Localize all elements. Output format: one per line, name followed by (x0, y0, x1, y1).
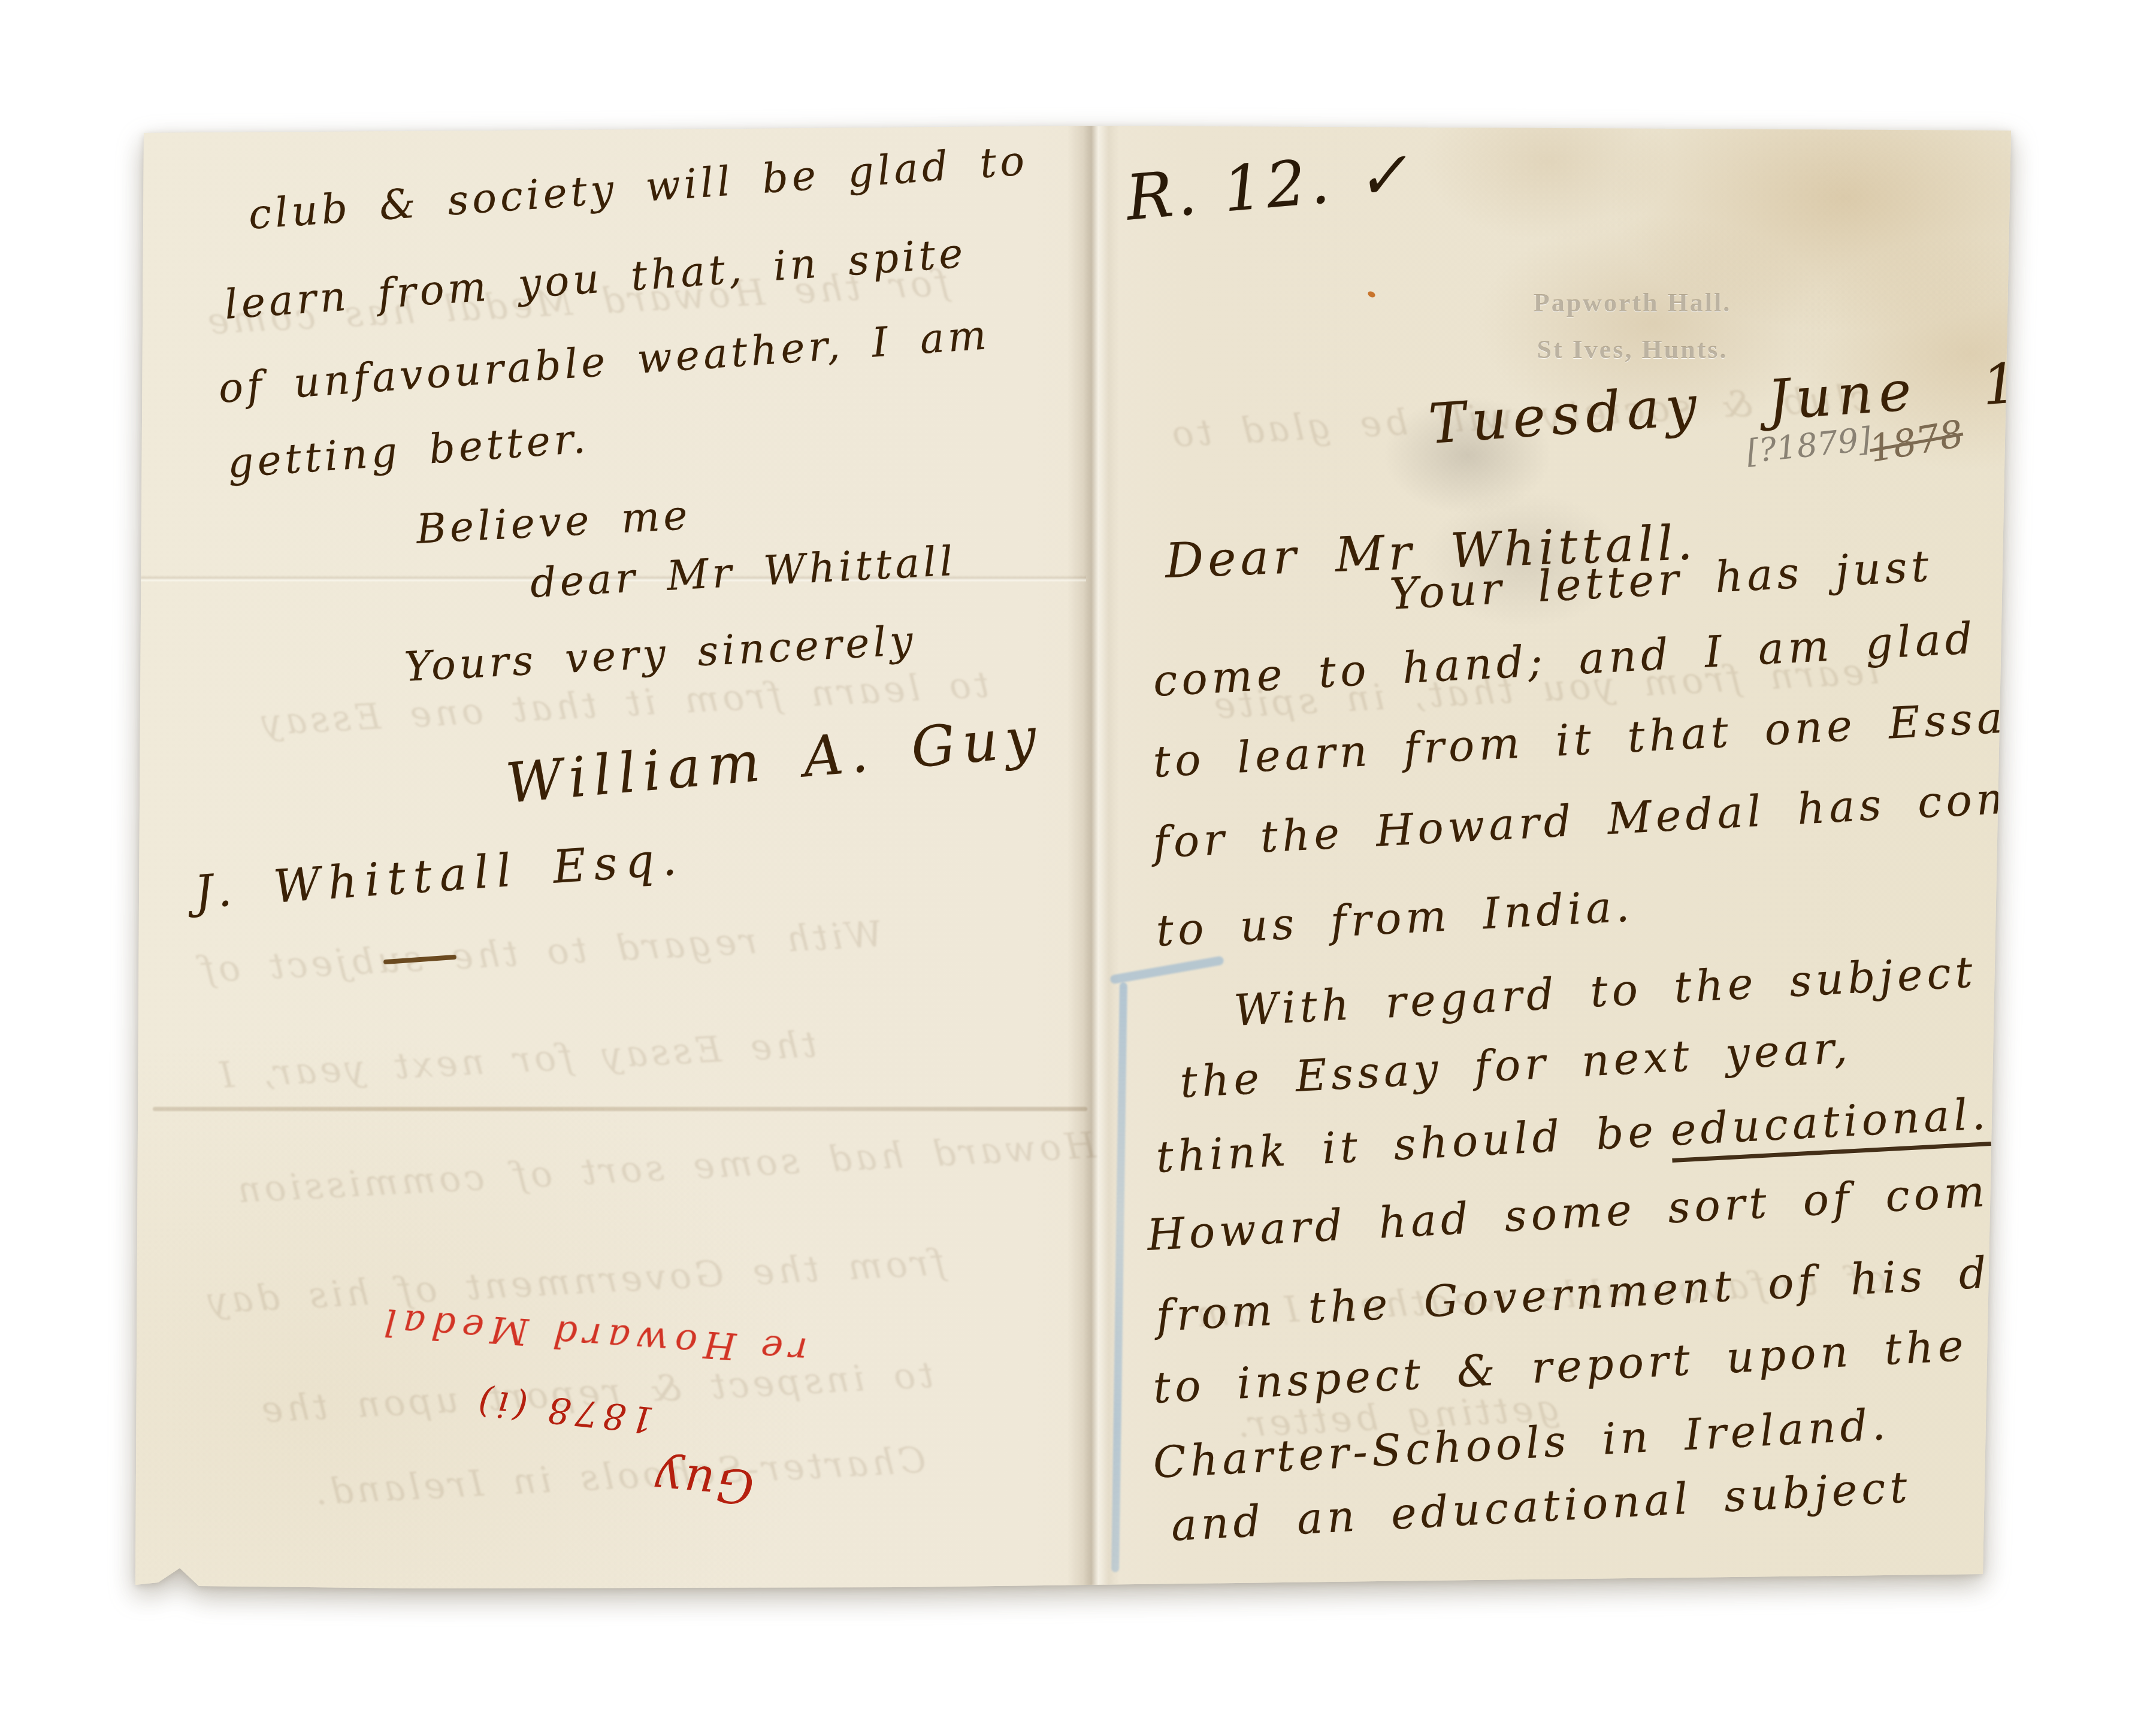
letter-line-text: the Essay for next year, (1179, 1022, 1853, 1107)
valediction-line: dear Mr Whittall (529, 538, 957, 607)
letter-sheet: for the Howard Medal has come to learn f… (0, 0, 2156, 1725)
paper-shadow: for the Howard Medal has come to learn f… (0, 0, 2156, 1725)
letterhead-line: St Ives, Hunts. (1492, 334, 1773, 365)
red-docket-signature: Guy (651, 1451, 756, 1514)
center-fold-crease (1068, 120, 1119, 1593)
photo-backdrop: for the Howard Medal has come to learn f… (0, 0, 2156, 1725)
underlined-word: educational. (1669, 1088, 1991, 1163)
letter-line: to us from India. (1155, 880, 1635, 956)
valediction-line: Believe me (415, 492, 692, 553)
reference-annotation: R. 12. ✓ (1123, 137, 1415, 235)
letter-line: think it should beeducational. (1155, 1088, 1991, 1182)
letter-line: club & society will be glad to (247, 137, 1029, 239)
horizontal-fold-crease (153, 1107, 1087, 1111)
ghost-text: With regard to the subject of (197, 913, 884, 991)
letterhead-line: Papworth Hall. (1492, 287, 1773, 318)
ink-speck (1367, 290, 1377, 298)
red-docket-line: re Howard Medal (376, 1300, 808, 1373)
addressee-line: J. Whittall Esq. (193, 831, 686, 919)
letter-line: getting better. (226, 415, 590, 488)
letter-line-text: think it should be (1155, 1106, 1659, 1182)
ghost-text: Charter-Schools in Ireland. (311, 1439, 927, 1514)
ghost-text: the Essay for next year, I (215, 1024, 818, 1097)
letter-line: for the Howard Medal has come (1152, 771, 2052, 868)
letter-line-text: I (2048, 1010, 2072, 1062)
line-gap (1852, 1052, 2050, 1062)
blue-crayon-bracket-top (1109, 955, 1224, 984)
ghost-text: from the Government of his day (203, 1242, 946, 1322)
ghost-text: Howard had some sort of commission (233, 1124, 1097, 1211)
